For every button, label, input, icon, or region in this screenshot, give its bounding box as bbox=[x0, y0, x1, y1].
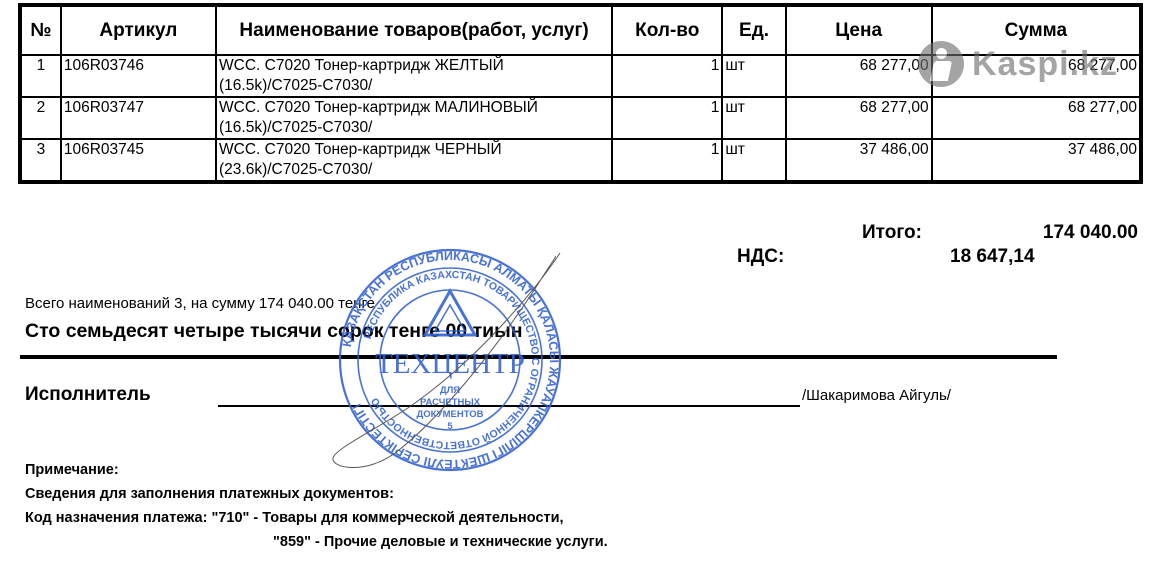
cell-qty: 1 bbox=[612, 55, 722, 97]
stamp-sub-text: 5 bbox=[447, 421, 453, 432]
cell-price: 68 277,00 bbox=[786, 97, 932, 139]
cell-sum: 68 277,00 bbox=[932, 97, 1141, 139]
table-row: 1 106R03746 WCC. C7020 Тонер-картридж ЖЕ… bbox=[20, 55, 1141, 97]
items-table: № Артикул Наименование товаров(работ, ус… bbox=[18, 3, 1143, 184]
cell-unit: шт bbox=[722, 139, 785, 182]
stamp-center-text: ТЕХЦЕНТР bbox=[375, 348, 525, 380]
company-stamp: ҚАЗАҚСТАН РЕСПУБЛИКАСЫ АЛМАТЫ ҚАЛАСЫ ЖАУ… bbox=[325, 243, 575, 478]
notes-block: Примечание: Сведения для заполнения плат… bbox=[25, 458, 608, 554]
notes-line-2: Код назначения платежа: "710" - Товары д… bbox=[25, 506, 608, 530]
header-sku: Артикул bbox=[61, 5, 216, 55]
cell-qty: 1 bbox=[612, 97, 722, 139]
total-value: 174 040.00 bbox=[1043, 222, 1138, 244]
cell-num: 3 bbox=[20, 139, 61, 182]
notes-line-1: Сведения для заполнения платежных докуме… bbox=[25, 482, 608, 506]
items-count-summary: Всего наименований 3, на сумму 174 040.0… bbox=[25, 295, 375, 312]
cell-price: 68 277,00 bbox=[786, 55, 932, 97]
vat-value: 18 647,14 bbox=[950, 246, 1035, 268]
cell-sku: 106R03747 bbox=[61, 97, 216, 139]
header-num: № bbox=[20, 5, 61, 55]
cell-num: 1 bbox=[20, 55, 61, 97]
signature-line bbox=[218, 405, 800, 407]
vat-label: НДС: bbox=[737, 246, 784, 268]
table-row: 2 106R03747 WCC. C7020 Тонер-картридж МА… bbox=[20, 97, 1141, 139]
stamp-sub-text: ДЛЯ bbox=[440, 385, 460, 396]
total-label: Итого: bbox=[862, 222, 922, 244]
cell-sum: 37 486,00 bbox=[932, 139, 1141, 182]
divider bbox=[20, 355, 1057, 359]
table-header-row: № Артикул Наименование товаров(работ, ус… bbox=[20, 5, 1141, 55]
handwritten-signature bbox=[333, 253, 560, 468]
header-price: Цена bbox=[786, 5, 932, 55]
cell-name: WCC. C7020 Тонер-картридж ЧЕРНЫЙ (23.6k)… bbox=[216, 139, 612, 182]
cell-price: 37 486,00 bbox=[786, 139, 932, 182]
cell-unit: шт bbox=[722, 97, 785, 139]
header-name: Наименование товаров(работ, услуг) bbox=[216, 5, 612, 55]
executor-name: /Шакаримова Айгуль/ bbox=[802, 387, 951, 404]
notes-line-3: "859" - Прочие деловые и технические усл… bbox=[25, 530, 608, 554]
stamp-ring-outer: ҚАЗАҚСТАН РЕСПУБЛИКАСЫ АЛМАТЫ ҚАЛАСЫ ЖАУ… bbox=[340, 249, 561, 471]
header-sum: Сумма bbox=[932, 5, 1141, 55]
cell-unit: шт bbox=[722, 55, 785, 97]
table-row: 3 106R03745 WCC. C7020 Тонер-картридж ЧЕ… bbox=[20, 139, 1141, 182]
header-unit: Ед. bbox=[722, 5, 785, 55]
cell-qty: 1 bbox=[612, 139, 722, 182]
stamp-ring-inner: РЕСПУБЛИКА КАЗАХСТАН ТОВАРИЩЕСТВО С ОГРА… bbox=[362, 269, 541, 451]
cell-name: WCC. C7020 Тонер-картридж МАЛИНОВЫЙ (16.… bbox=[216, 97, 612, 139]
cell-sku: 106R03745 bbox=[61, 139, 216, 182]
stamp-sub-text: ДОКУМЕНТОВ bbox=[416, 409, 483, 420]
notes-title: Примечание: bbox=[25, 458, 608, 482]
amount-in-words: Сто семьдесят четыре тысячи сорок тенге … bbox=[25, 320, 523, 343]
header-qty: Кол-во bbox=[612, 5, 722, 55]
cell-sku: 106R03746 bbox=[61, 55, 216, 97]
cell-name: WCC. C7020 Тонер-картридж ЖЕЛТЫЙ (16.5k)… bbox=[216, 55, 612, 97]
executor-label: Исполнитель bbox=[25, 384, 151, 406]
cell-num: 2 bbox=[20, 97, 61, 139]
cell-sum: 68 277,00 bbox=[932, 55, 1141, 97]
